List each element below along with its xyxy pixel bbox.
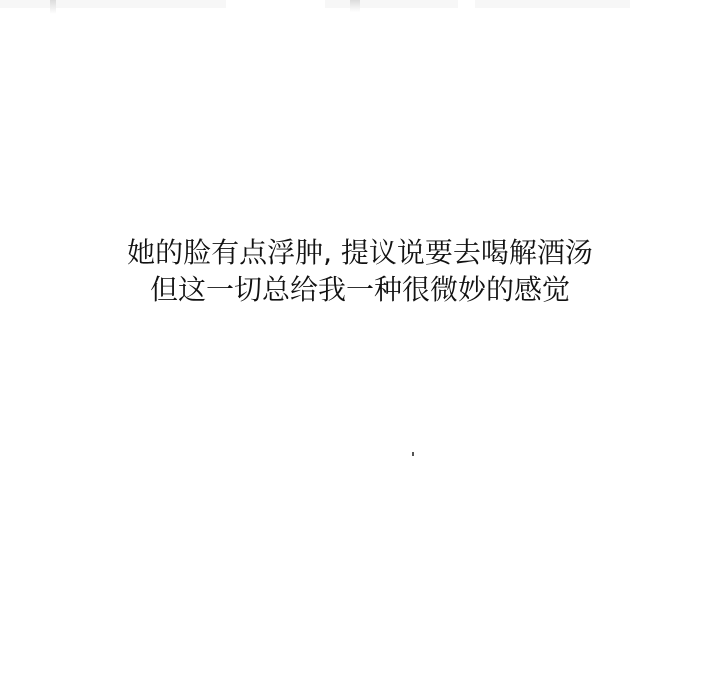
- panel-edge-strip: [0, 0, 226, 8]
- caption-line-2: 但这一切总给我一种很微妙的感觉: [0, 271, 720, 308]
- panel-edge-strip: [325, 0, 458, 8]
- ink-speck: [412, 452, 414, 456]
- panel-edge-mark: [50, 0, 56, 14]
- panel-edge-mark: [350, 0, 360, 12]
- panel-edge-strip: [475, 0, 630, 8]
- narration-caption: 她的脸有点浮肿, 提议说要去喝解酒汤 但这一切总给我一种很微妙的感觉: [0, 234, 720, 308]
- caption-line-1: 她的脸有点浮肿, 提议说要去喝解酒汤: [0, 234, 720, 271]
